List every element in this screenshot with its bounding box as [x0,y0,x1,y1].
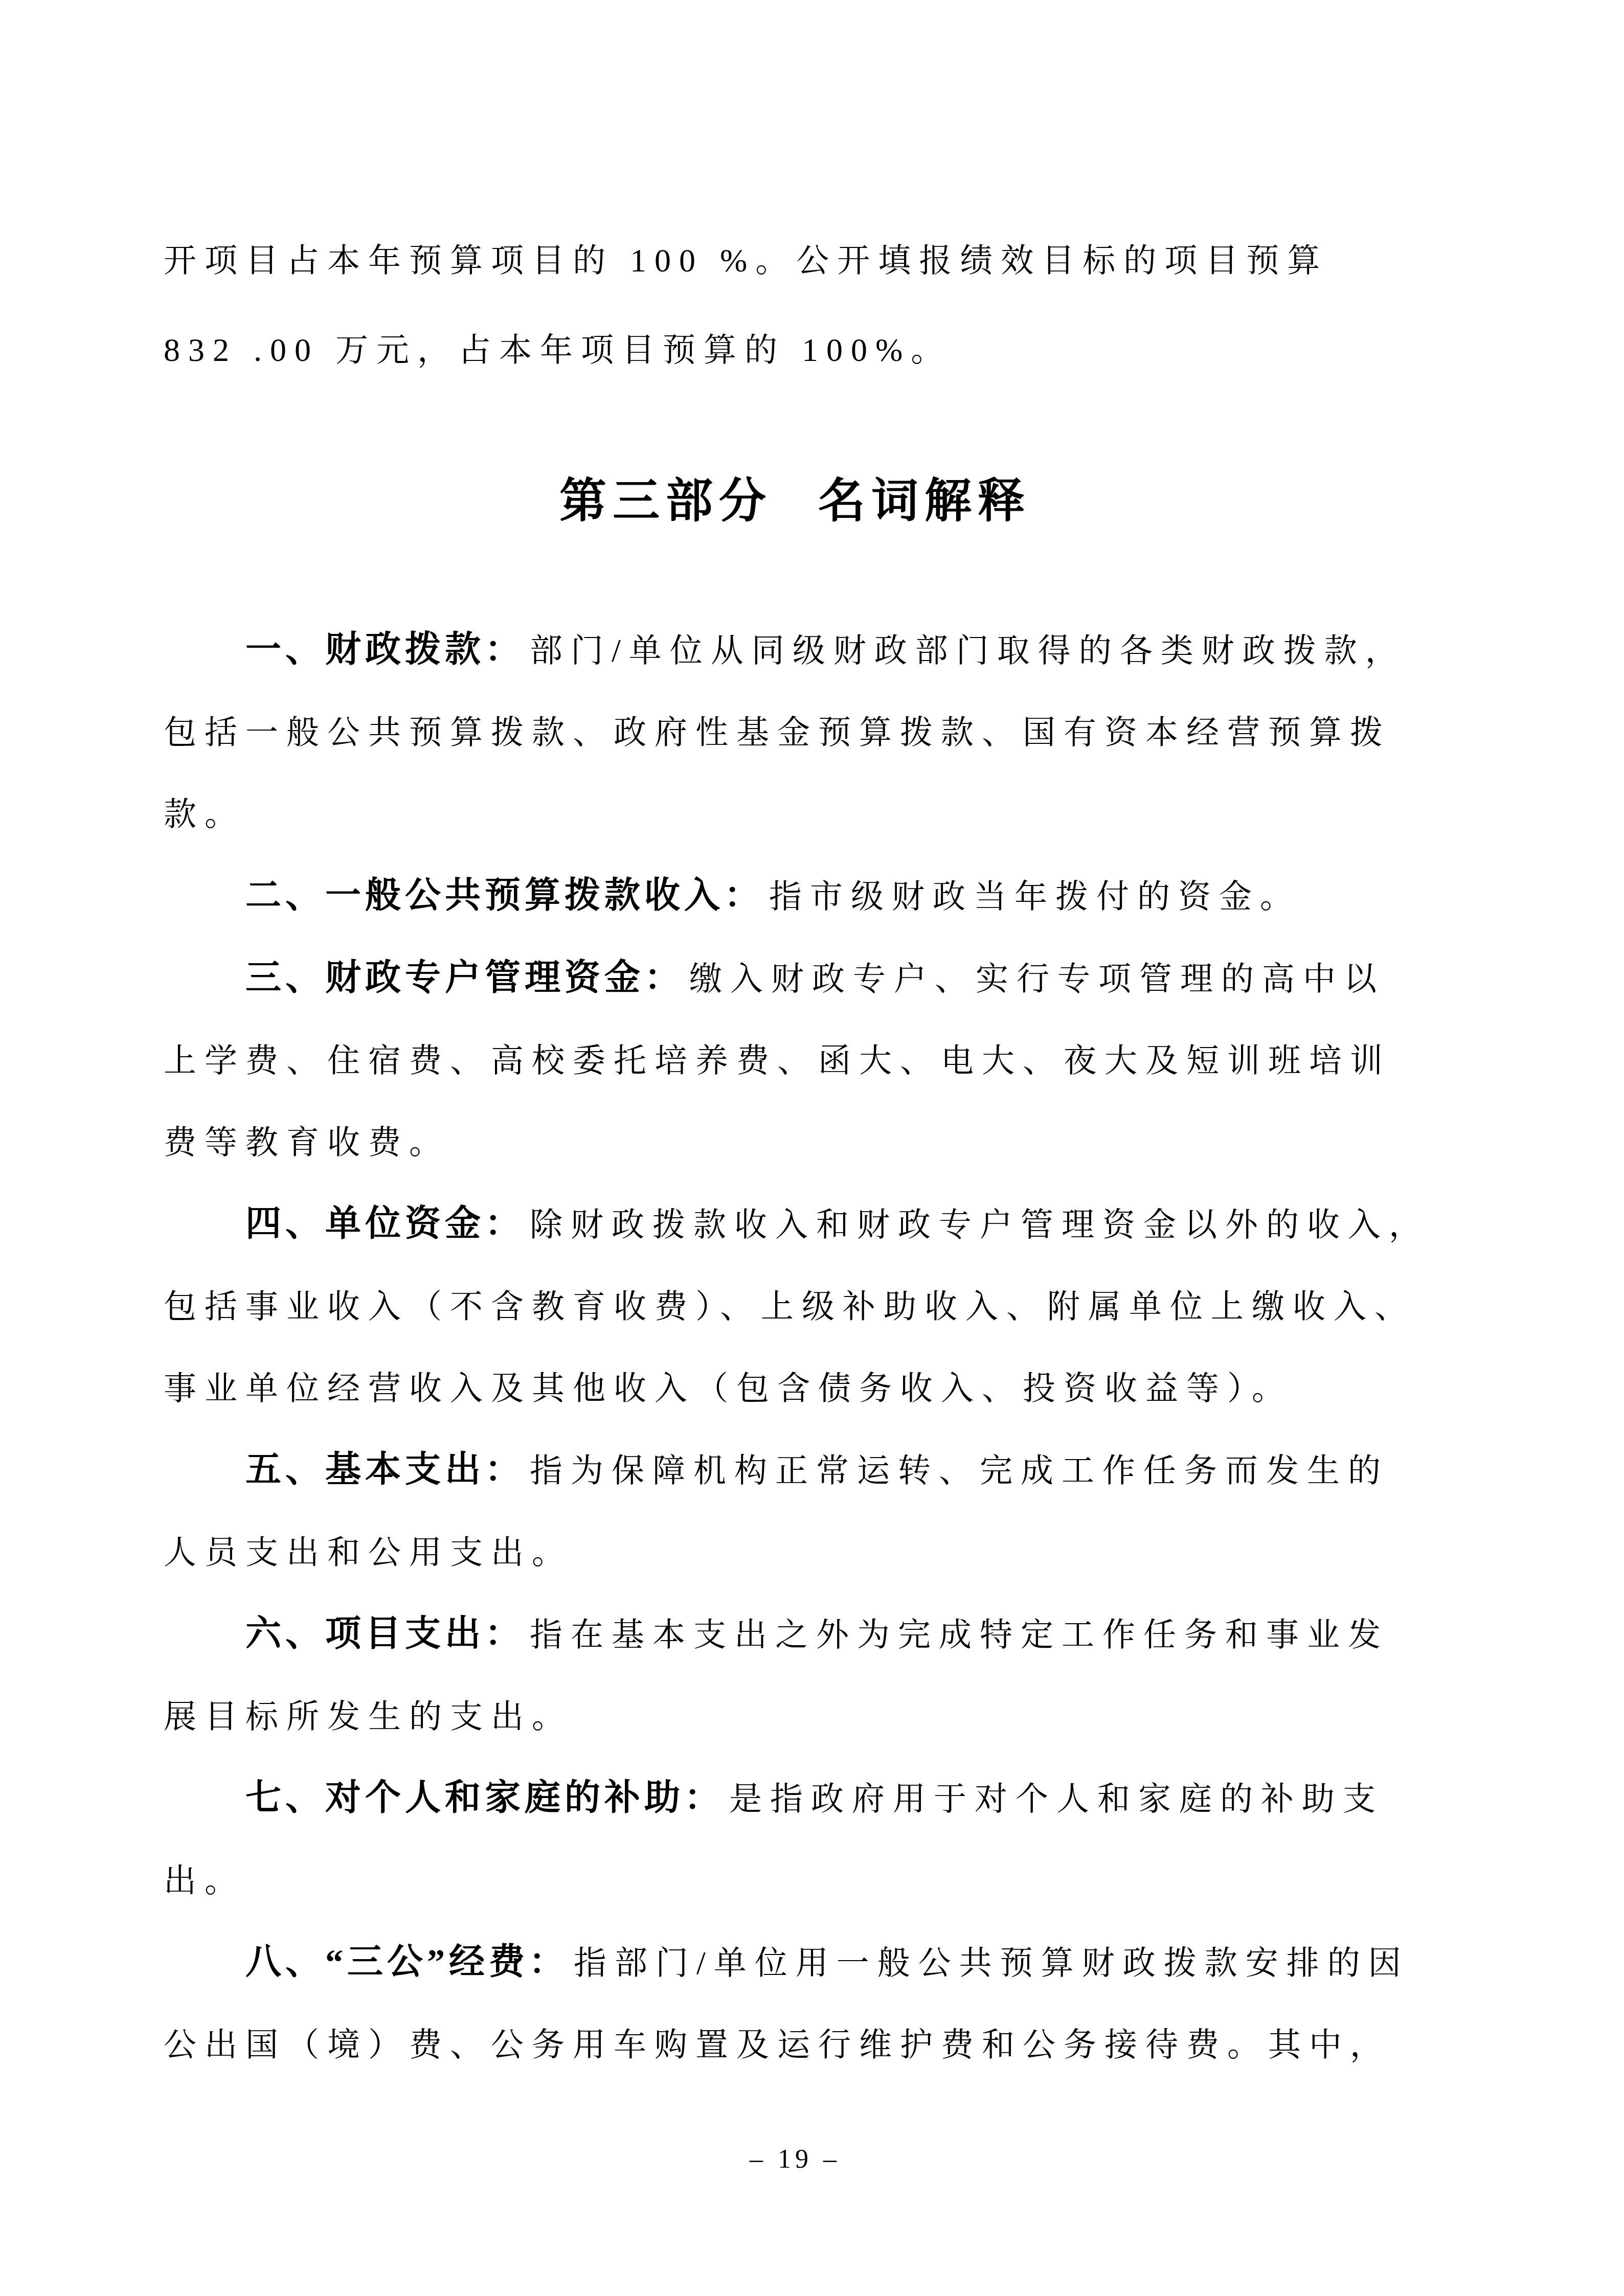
definition-paragraph-4: 四、单位资金：除财政拨款收入和财政专户管理资金以外的收入， 包括事业收入（不含教… [164,1184,1427,1429]
definition-line: 一、财政拨款：部门/单位从同级财政部门取得的各类财政拨款， [164,609,1427,692]
definition-paragraph-7: 七、对个人和家庭的补助：是指政府用于对个人和家庭的补助支 出。 [164,1758,1427,1922]
definition-paragraph-6: 六、项目支出：指在基本支出之外为完成特定工作任务和事业发 展目标所发生的支出。 [164,1594,1427,1758]
definition-line: 公出国（境）费、公务用车购置及运行维护费和公务接待费。其中， [164,2004,1427,2086]
definition-line: 上学费、住宿费、高校委托培养费、函大、电大、夜大及短训班培训 [164,1020,1427,1102]
definition-line: 事业单位经营收入及其他收入（包含债务收入、投资收益等）。 [164,1348,1427,1429]
document-page: 开项目占本年预算项目的 100 %。公开填报绩效目标的项目预算 832 .00 … [0,0,1624,2296]
definition-line: 八、“三公”经费：指部门/单位用一般公共预算财政拨款安排的因 [164,1922,1427,2004]
definition-line: 包括事业收入（不含教育收费）、上级补助收入、附属单位上缴收入、 [164,1266,1427,1348]
definition-text: 指在基本支出之外为完成特定工作任务和事业发 [530,1617,1389,1653]
definition-paragraph-3: 三、财政专户管理资金：缴入财政专户、实行专项管理的高中以 上学费、住宿费、高校委… [164,938,1427,1184]
definition-line: 出。 [164,1840,1427,1922]
definition-text: 指市级财政当年拨付的资金。 [769,878,1301,915]
definition-line: 款。 [164,774,1427,855]
definition-text: 缴入财政专户、实行专项管理的高中以 [689,961,1385,997]
section-title: 名词解释 [818,475,1031,527]
definition-line: 展目标所发生的支出。 [164,1676,1427,1758]
definition-term: 四、单位资金： [245,1204,525,1244]
definition-term: 一、财政拨款： [245,630,525,670]
definition-text: 指为保障机构正常运转、完成工作任务而发生的 [530,1452,1389,1489]
intro-paragraph: 开项目占本年预算项目的 100 %。公开填报绩效目标的项目预算 832 .00 … [164,216,1427,395]
definition-line: 七、对个人和家庭的补助：是指政府用于对个人和家庭的补助支 [164,1758,1427,1840]
definition-line: 四、单位资金：除财政拨款收入和财政专户管理资金以外的收入， [164,1184,1427,1266]
intro-line: 开项目占本年预算项目的 100 %。公开填报绩效目标的项目预算 [164,216,1427,305]
definition-term: 六、项目支出： [245,1615,525,1654]
definition-paragraph-8: 八、“三公”经费：指部门/单位用一般公共预算财政拨款安排的因 公出国（境）费、公… [164,1922,1427,2086]
definition-line: 六、项目支出：指在基本支出之外为完成特定工作任务和事业发 [164,1594,1427,1676]
section-part-label: 第三部分 [559,475,772,527]
definition-term: 八、“三公”经费： [245,1943,569,1982]
definition-term: 三、财政专户管理资金： [245,959,684,998]
intro-line: 832 .00 万元，占本年项目预算的 100%。 [164,305,1427,395]
definition-text: 指部门/单位用一般公共预算财政拨款安排的因 [574,1945,1409,1981]
definition-text: 是指政府用于对个人和家庭的补助支 [729,1781,1384,1817]
definition-line: 人员支出和公用支出。 [164,1512,1427,1594]
definition-term: 二、一般公共预算拨款收入： [245,876,764,916]
definition-line: 费等教育收费。 [164,1102,1427,1184]
definition-line: 五、基本支出：指为保障机构正常运转、完成工作任务而发生的 [164,1429,1427,1512]
definition-paragraph-5: 五、基本支出：指为保障机构正常运转、完成工作任务而发生的 人员支出和公用支出。 [164,1429,1427,1594]
definition-text: 除财政拨款收入和财政专户管理资金以外的收入， [530,1207,1430,1243]
definition-line: 二、一般公共预算拨款收入：指市级财政当年拨付的资金。 [164,855,1427,938]
definition-term: 七、对个人和家庭的补助： [245,1779,724,1818]
page-content: 开项目占本年预算项目的 100 %。公开填报绩效目标的项目预算 832 .00 … [0,0,1624,2200]
definition-paragraph-1: 一、财政拨款：部门/单位从同级财政部门取得的各类财政拨款， 包括一般公共预算拨款… [164,609,1427,855]
definition-line: 三、财政专户管理资金：缴入财政专户、实行专项管理的高中以 [164,938,1427,1020]
definition-line: 包括一般公共预算拨款、政府性基金预算拨款、国有资本经营预算拨 [164,692,1427,774]
page-number: – 19 – [164,2119,1427,2200]
section-heading: 第三部分名词解释 [164,468,1427,534]
definition-paragraph-2: 二、一般公共预算拨款收入：指市级财政当年拨付的资金。 [164,855,1427,938]
definition-term: 五、基本支出： [245,1450,525,1490]
definition-text: 部门/单位从同级财政部门取得的各类财政拨款， [530,632,1406,669]
